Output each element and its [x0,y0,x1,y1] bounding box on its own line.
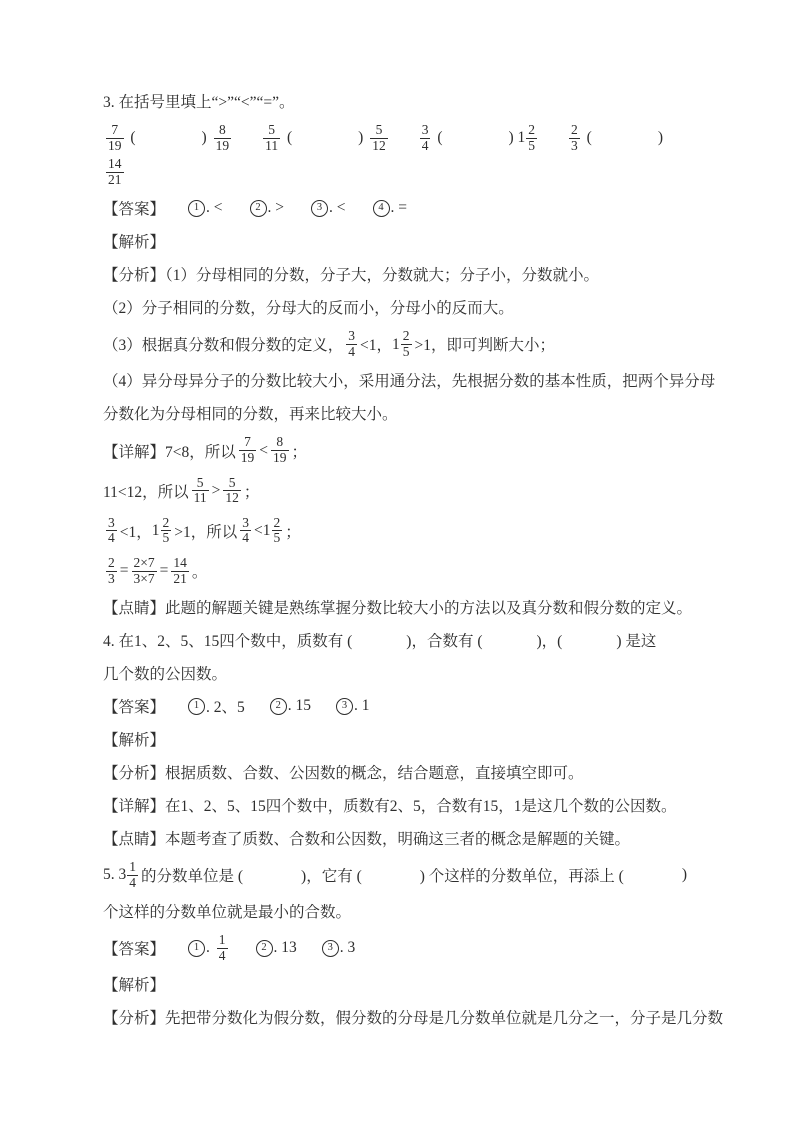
circled-number: 4 [373,200,390,217]
q5-title-wrap: 个这样的分数单位就是最小的合数。 [103,900,709,922]
fraction: 2×73×7 [132,556,157,586]
answer-blank [562,640,616,641]
fraction-denominator: 19 [239,450,257,466]
circled-number: 2 [256,940,273,957]
q4-xiangjie: 【详解】在1、2、5、15四个数中，质数有2、5，合数有15，1是这几个数的公因… [103,794,709,816]
text-run: 几个数的公因数。 [103,662,227,684]
answer-blank [483,640,537,641]
mixed-number-integer: 1 [152,523,160,539]
text-run: 【分析】根据质数、合数、公因数的概念，结合题意，直接填空即可。 [103,761,584,783]
circled-number: 3 [322,940,339,957]
q4-dianjing: 【点睛】本题考查了质数、合数和公因数，明确这三者的概念是解题的关键。 [103,827,709,849]
fraction-numerator: 2 [106,556,117,571]
text-run: （4）异分母异分子的分数比较大小，采用通分法，先根据分数的基本性质，把两个异分母 [103,369,715,391]
q3-dianjing: 【点睛】此题的解题关键是熟练掌握分数比较大小的方法以及真分数和假分数的定义。 [103,596,709,618]
q3-fenxi-4: （4）异分母异分子的分数比较大小，采用通分法，先根据分数的基本性质，把两个异分母 [103,369,709,391]
fraction-numerator: 2 [569,123,580,138]
text-run: ( [127,129,136,147]
text-run: >1，即可判断大小； [415,333,556,355]
text-run: （2）分子相同的分数，分母大的反而小，分母小的反而大。 [103,296,514,318]
fraction-denominator: 4 [106,530,117,546]
fraction-numerator: 8 [217,123,228,138]
fraction-denominator: 3 [106,571,117,587]
fraction-denominator: 12 [370,138,388,154]
text-run: . 1 [354,697,370,715]
text-run: 5. [103,866,119,884]
fraction-numerator: 8 [274,435,285,450]
fraction-denominator: 5 [272,530,283,546]
fraction: 25 [161,516,172,546]
q3-jiexi: 【解析】 [103,230,709,252]
text-run: )，合数有 ( [406,629,482,651]
fraction-numerator: 1 [217,933,228,948]
fraction: 25 [526,123,537,153]
fraction-numerator: 7 [242,435,253,450]
text-run: 的分数单位是 ( [141,864,243,886]
circled-number: 1 [188,698,205,715]
text-run: . [206,939,214,957]
fraction: 819 [271,435,289,465]
answer-blank [391,138,417,139]
text-run: <1， [360,333,392,355]
fraction-denominator: 11 [192,490,209,506]
q3-title: 3. 在括号里填上“>”“<”“=”。 [103,90,709,112]
fraction-denominator: 3 [569,138,580,154]
text-run: ) [508,129,517,147]
mixed-number-integer: 1 [518,130,526,146]
text-run: )，( [537,629,563,651]
question-3: 3. 在括号里填上“>”“<”“=”。719 () 819511 () 5123… [103,90,709,618]
worksheet-page: 3. 在括号里填上“>”“<”“=”。719 () 819511 () 5123… [0,0,793,1122]
answer-blank [165,208,187,209]
text-run: . 3 [340,939,356,957]
fraction-numerator: 14 [106,157,124,172]
mixed-number-integer: 1 [392,337,400,353]
q4-jiexi: 【解析】 [103,728,709,750]
fraction-numerator: 2 [161,516,172,531]
fraction: 1421 [171,556,189,586]
answer-blank [352,640,406,641]
answer-blank [223,208,249,209]
q5-answer: 【答案】1. 142. 133. 3 [103,933,709,963]
fraction-denominator: 4 [217,948,228,964]
fraction: 34 [420,123,431,153]
text-run: . 13 [274,939,297,957]
fraction-denominator: 21 [171,571,189,587]
text-run: = [160,562,169,580]
q4-fenxi: 【分析】根据质数、合数、公因数的概念，结合题意，直接填空即可。 [103,761,709,783]
q3-xiangjie-4: 23=2×73×7=1421。 [103,556,709,586]
text-run: ) [202,129,211,147]
fraction-numerator: 2 [401,329,412,344]
fraction: 1421 [106,157,124,187]
q3-fenxi-2: （2）分子相同的分数，分母大的反而小，分母小的反而大。 [103,296,709,318]
q3-xiangjie-1: 【详解】7<8，所以719<819； [103,435,709,465]
q3-answer: 【答案】1. <2. >3. <4. = [103,197,709,219]
text-run: ( [433,129,442,147]
fraction-denominator: 5 [526,138,537,154]
text-run: 【点睛】此题的解题关键是熟练掌握分数比较大小的方法以及真分数和假分数的定义。 [103,596,692,618]
fraction: 511 [263,123,280,153]
fraction: 34 [106,516,117,546]
answer-blank [292,138,358,139]
text-run: ( [583,129,592,147]
fraction-denominator: 21 [106,172,124,188]
text-run: 【答案】 [103,197,165,219]
fraction-numerator: 2 [272,516,283,531]
fraction: 34 [240,516,251,546]
document-body: 3. 在括号里填上“>”“<”“=”。719 () 819511 () 5123… [103,90,709,1028]
fraction-numerator: 14 [171,556,189,571]
answer-blank [592,138,658,139]
text-run: > [212,482,221,500]
text-run: ) [682,866,687,884]
fraction-denominator: 5 [161,530,172,546]
answer-blank [540,138,566,139]
question-5: 5. 314的分数单位是 ()，它有 () 个这样的分数单位，再添上 ()个这样… [103,860,709,1028]
q3-fenxi-1: 【分析】（1）分母相同的分数，分子大，分数就大；分子小，分数就小。 [103,263,709,285]
fraction: 14 [217,933,228,963]
fraction: 511 [192,476,209,506]
text-run: >1，所以 [174,520,237,542]
answer-blank [442,138,508,139]
answer-blank [165,706,187,707]
text-run: . = [391,199,408,217]
text-run: 【分析】（1）分母相同的分数，分子大，分数就大；分子小，分数就小。 [103,263,599,285]
text-run: 【分析】先把带分数化为假分数，假分数的分母是几分数单位就是几分之一，分子是几分数 [103,1006,723,1028]
text-run: ) [658,129,663,147]
text-run: 【点睛】本题考查了质数、合数和公因数，明确这三者的概念是解题的关键。 [103,827,630,849]
fraction-numerator: 5 [227,476,238,491]
circled-number: 3 [336,698,353,715]
fraction-numerator: 2 [526,123,537,138]
answer-blank [362,875,420,876]
fraction: 23 [569,123,580,153]
q5-fenxi: 【分析】先把带分数化为假分数，假分数的分母是几分数单位就是几分之一，分子是几分数 [103,1006,709,1028]
fraction-numerator: 2×7 [132,556,157,571]
circled-number: 3 [311,200,328,217]
fraction: 512 [370,123,388,153]
fraction-denominator: 19 [106,138,124,154]
text-run: 。 [192,560,208,582]
fraction-numerator: 5 [266,123,277,138]
q3-fenxi-4-wrap: 分数化为分母相同的分数，再来比较大小。 [103,402,709,424]
fraction-numerator: 5 [374,123,385,138]
answer-blank [231,948,255,949]
q3-blank-row: 719 () 819511 () 51234 () 12523 () [103,123,709,153]
text-run: <1， [120,520,152,542]
text-run: ) [358,129,367,147]
fraction: 34 [346,329,357,359]
text-run: ； [285,520,301,542]
text-run: 3. 在括号里填上“>”“<”“=”。 [103,90,295,112]
q4-title: 4. 在1、2、5、15四个数中，质数有 ()，合数有 ()，() 是这 [103,629,709,651]
text-run: ； [292,440,308,462]
text-run: ； [244,480,260,502]
text-run: ) 个这样的分数单位，再添上 ( [420,864,624,886]
circled-number: 2 [250,200,267,217]
answer-blank [136,138,202,139]
text-run: 【解析】 [103,230,165,252]
text-run: < [254,522,263,540]
text-run: 【解析】 [103,973,165,995]
mixed-number: 125 [392,329,415,359]
fraction: 719 [106,123,124,153]
q3-xiangjie-3: 34<1，125>1，所以34<125； [103,516,709,546]
q5-title: 5. 314的分数单位是 ()，它有 () 个这样的分数单位，再添上 () [103,860,709,890]
text-run: . < [329,199,346,217]
q3-xiangjie-2: 11<12，所以511>512； [103,476,709,506]
text-run: . 2、5 [206,695,245,717]
fraction-numerator: 3 [346,329,357,344]
mixed-number: 125 [518,123,541,153]
text-run: 【答案】 [103,937,165,959]
mixed-number: 125 [263,516,286,546]
fraction: 25 [401,329,412,359]
answer-blank [624,875,682,876]
text-run: = [120,562,129,580]
answer-blank [284,208,310,209]
text-run: 11<12，所以 [103,480,189,502]
fraction: 23 [106,556,117,586]
text-run: 【详解】7<8，所以 [103,440,236,462]
text-run: ) 是这 [616,629,656,651]
fraction-denominator: 4 [420,138,431,154]
fraction-denominator: 3×7 [132,571,157,587]
text-run: 【答案】 [103,695,165,717]
fraction-denominator: 4 [346,344,357,360]
fraction: 14 [127,860,138,890]
fraction-denominator: 19 [214,138,232,154]
q4-title-wrap: 几个数的公因数。 [103,662,709,684]
fraction: 512 [223,476,241,506]
circled-number: 1 [188,940,205,957]
circled-number: 2 [270,698,287,715]
fraction-numerator: 3 [106,516,117,531]
fraction-numerator: 1 [127,860,138,875]
answer-blank [297,948,321,949]
mixed-number-integer: 3 [119,867,127,883]
q4-answer: 【答案】1. 2、52. 153. 1 [103,695,709,717]
fraction-numerator: 3 [240,516,251,531]
circled-number: 1 [188,200,205,217]
fraction-denominator: 4 [240,530,251,546]
text-run: )，它有 ( [301,864,362,886]
question-4: 4. 在1、2、5、15四个数中，质数有 ()，合数有 ()，() 是这几个数的… [103,629,709,849]
mixed-number: 125 [152,516,175,546]
fraction-denominator: 5 [401,344,412,360]
text-run: . < [206,199,223,217]
mixed-number: 314 [119,860,142,890]
text-run: （3）根据真分数和假分数的定义， [103,333,343,355]
text-run: < [259,442,268,460]
text-run: ( [283,129,292,147]
q5-jiexi: 【解析】 [103,973,709,995]
fraction-denominator: 4 [127,875,138,891]
text-run: 【解析】 [103,728,165,750]
fraction-denominator: 11 [263,138,280,154]
text-run: . > [268,199,285,217]
fraction: 719 [239,435,257,465]
text-run: . 15 [288,697,311,715]
fraction-numerator: 3 [420,123,431,138]
answer-blank [165,948,187,949]
fraction: 819 [214,123,232,153]
mixed-number-integer: 1 [263,523,271,539]
q3-blank-row-wrap: 1421 [103,157,709,187]
text-run: 4. 在1、2、5、15四个数中，质数有 ( [103,629,352,651]
answer-blank [245,706,269,707]
fraction-numerator: 7 [109,123,120,138]
answer-blank [311,706,335,707]
answer-blank [243,875,301,876]
text-run: 【详解】在1、2、5、15四个数中，质数有2、5，合数有15，1是这几个数的公因… [103,794,677,816]
text-run: 个这样的分数单位就是最小的合数。 [103,900,351,922]
fraction-numerator: 5 [195,476,206,491]
fraction-denominator: 12 [223,490,241,506]
q3-fenxi-3: （3）根据真分数和假分数的定义，34<1，125>1，即可判断大小； [103,329,709,359]
text-run: 分数化为分母相同的分数，再来比较大小。 [103,402,398,424]
fraction-denominator: 19 [271,450,289,466]
answer-blank [234,138,260,139]
answer-blank [346,208,372,209]
fraction: 25 [272,516,283,546]
